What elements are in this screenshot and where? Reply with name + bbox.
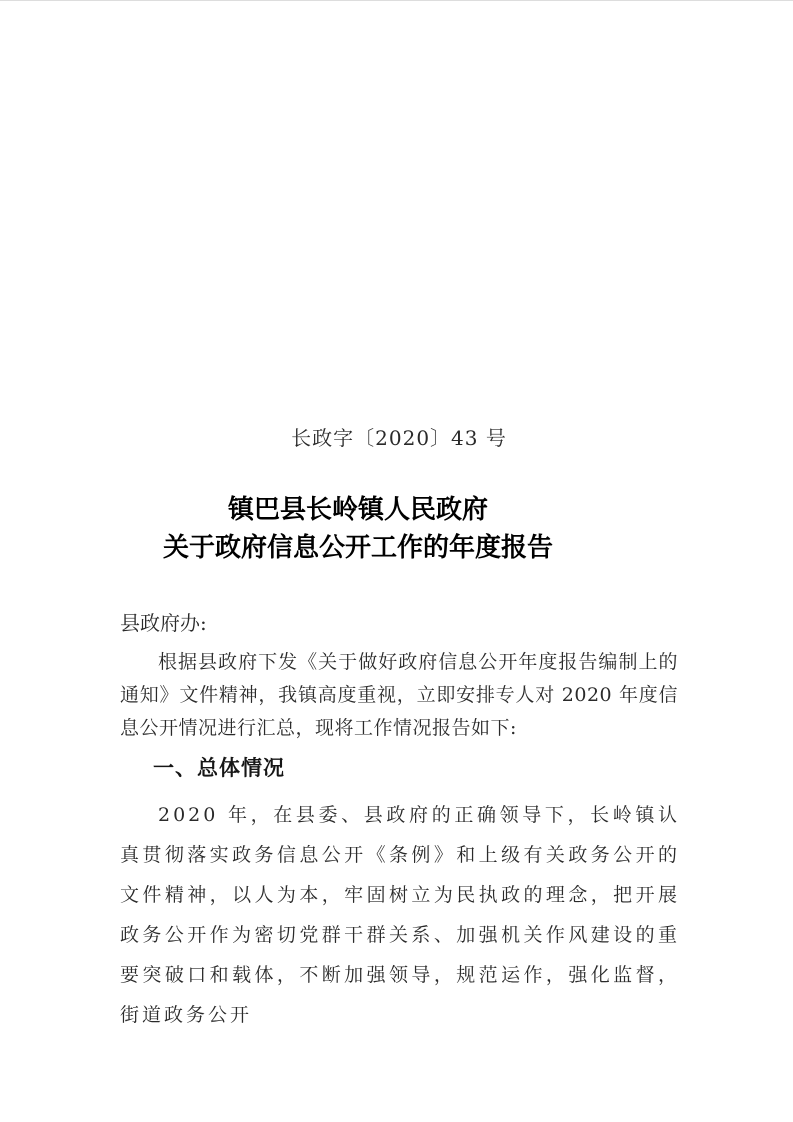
section-1-body-paragraph: 2020 年，在县委、县政府的正确领导下，长岭镇认真贯彻落实政务信息公开《条例》… [120, 795, 680, 1035]
document-title: 镇巴县长岭镇人民政府 关于政府信息公开工作的年度报告 [79, 491, 637, 567]
document-page: 长政字〔2020〕43 号 镇巴县长岭镇人民政府 关于政府信息公开工作的年度报告… [0, 0, 793, 1122]
document-reference-number: 长政字〔2020〕43 号 [120, 422, 678, 451]
intro-paragraph: 根据县政府下发《关于做好政府信息公开年度报告编制上的通知》文件精神，我镇高度重视… [120, 646, 678, 745]
section-1-heading: 一、总体情况 [153, 752, 285, 782]
document-title-line-1: 镇巴县长岭镇人民政府 [79, 491, 637, 529]
salutation: 县政府办: [120, 607, 678, 636]
document-title-line-2: 关于政府信息公开工作的年度报告 [79, 529, 637, 567]
